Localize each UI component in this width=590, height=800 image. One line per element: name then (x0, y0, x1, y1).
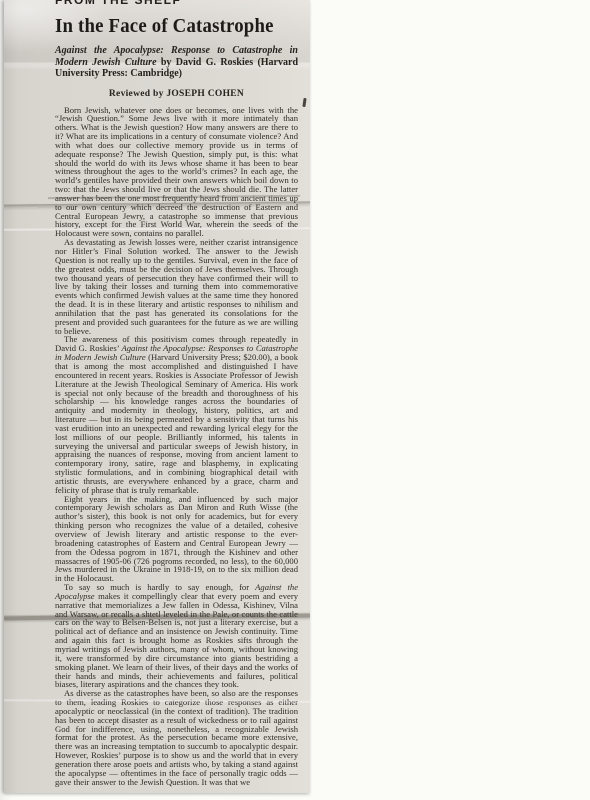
scan-background: FROM THE SHELF In the Face of Catastroph… (0, 0, 590, 800)
text-segment: As devastating as Jewish losses were, ne… (55, 237, 298, 335)
article-title: In the Face of Catastrophe (55, 14, 283, 38)
masthead: FROM THE SHELF (55, 0, 189, 9)
clipping-content: FROM THE SHELF In the Face of Catastroph… (4, 0, 310, 786)
text-segment: Eight years in the making, and influence… (55, 494, 298, 584)
article-paragraph: As devastating as Jewish losses were, ne… (55, 238, 298, 335)
article-subtitle: Against the Apocalypse: Response to Cata… (55, 45, 298, 80)
article-paragraph: Born Jewish, whatever one does or become… (55, 106, 298, 239)
text-segment: Born Jewish, whatever one does or become… (55, 105, 298, 239)
article-body: Born Jewish, whatever one does or become… (55, 106, 298, 787)
masthead-label: FROM THE SHELF (55, 0, 181, 9)
article-paragraph: To say so much is hardly to say enough, … (55, 583, 298, 689)
article-paragraph: As diverse as the catastrophes have been… (55, 689, 298, 786)
article-paragraph: Eight years in the making, and influence… (55, 495, 298, 583)
article-paragraph: The awareness of this positivism comes t… (55, 335, 298, 494)
newspaper-clipping: FROM THE SHELF In the Face of Catastroph… (4, 0, 310, 793)
reviewer-byline: Reviewed by JOSEPH COHEN (55, 89, 298, 99)
text-segment: makes it compellingly clear that every p… (55, 591, 298, 689)
text-segment: (Harvard University Press; $20.00), a bo… (55, 352, 298, 495)
text-segment: As diverse as the catastrophes have been… (55, 688, 298, 786)
